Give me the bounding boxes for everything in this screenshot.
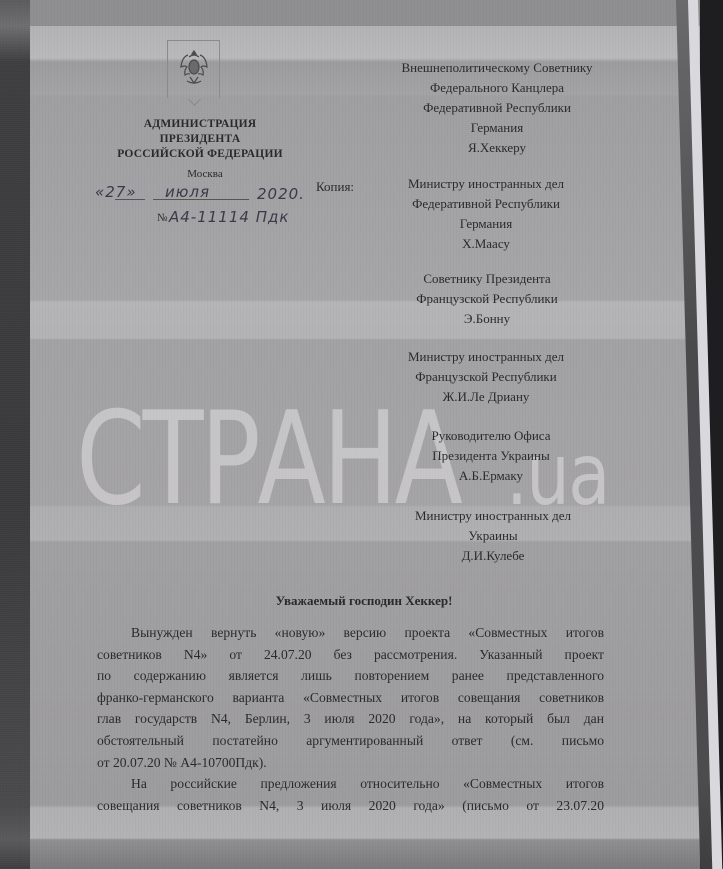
addressee-name: Д.И.Кулебе: [388, 546, 598, 566]
addressee-bonne: Советнику Президента Французской Республ…: [392, 269, 582, 329]
addressee-maas: Министру иностранных дел Федеративной Ре…: [386, 174, 586, 254]
letter-date: «27» июля 2020.: [93, 183, 313, 205]
salutation: Уважаемый господин Хеккер!: [0, 593, 700, 609]
addressee-line: Президента Украины: [401, 446, 581, 466]
addressee-line: Внешнеполитическому Советнику: [372, 58, 622, 78]
paragraph-line: глав государств N4, Берлин, 3 июля 2020 …: [97, 708, 604, 730]
addressee-name: Э.Бонну: [392, 309, 582, 329]
addressee-line: Германия: [386, 214, 586, 234]
paragraph-line: от 20.07.20 № А4-10700Пдк).: [97, 752, 604, 774]
addressee-line: Федеративной Республики: [372, 98, 622, 118]
addressee-line: Министру иностранных дел: [388, 506, 598, 526]
addressee-line: Французской Республики: [386, 367, 586, 387]
org-line: АДМИНИСТРАЦИЯ: [105, 117, 295, 132]
city: Москва: [175, 168, 235, 180]
addressee-line: Федеративной Республики: [386, 194, 586, 214]
paragraph-line: совещания советников N4, 3 июля 2020 год…: [97, 795, 604, 817]
letter-number: № А4-11114 Пдк: [157, 208, 327, 230]
document-photo: АДМИНИСТРАЦИЯ ПРЕЗИДЕНТА РОССИЙСКОЙ ФЕДЕ…: [0, 0, 700, 869]
addressee-line: Руководителю Офиса: [401, 426, 581, 446]
paragraph-line: советников N4» от 24.07.20 без рассмотре…: [97, 644, 604, 666]
addressee-kuleba: Министру иностранных дел Украины Д.И.Кул…: [388, 506, 598, 566]
letter-body: Вынужден вернуть «новую» версию проекта …: [97, 622, 604, 816]
addressee-name: Ж.И.Ле Дриану: [386, 387, 586, 407]
copy-label: Копия:: [316, 179, 354, 195]
addressee-name: Я.Хеккеру: [372, 138, 622, 158]
paragraph: На российские предложения относительно «…: [97, 773, 604, 816]
addressee-line: Французской Республики: [392, 289, 582, 309]
paragraph-line: по содержанию является лишь повторением …: [97, 665, 604, 687]
date-year: 2020.: [257, 185, 305, 203]
paragraph-line: обстоятельный постатейно аргументированн…: [97, 730, 604, 752]
addressee-line: Германия: [372, 118, 622, 138]
addressee-le-drian: Министру иностранных дел Французской Рес…: [386, 347, 586, 407]
paragraph-line: франко-германского варианта «Совместных …: [97, 687, 604, 709]
emblem-frame: [167, 40, 220, 98]
addressee-name: А.Б.Ермаку: [401, 466, 581, 486]
addressee-line: Советнику Президента: [392, 269, 582, 289]
org-line: ПРЕЗИДЕНТА: [105, 132, 295, 147]
addressee-yermak: Руководителю Офиса Президента Украины А.…: [401, 426, 581, 486]
left-shadow-strip: [0, 0, 30, 869]
paragraph-line: На российские предложения относительно «…: [97, 773, 604, 795]
number-value: А4-11114 Пдк: [169, 208, 289, 226]
addressee-heckers: Внешнеполитическому Советнику Федерально…: [372, 58, 622, 158]
number-label: №: [157, 212, 168, 224]
org-line: РОССИЙСКОЙ ФЕДЕРАЦИИ: [105, 147, 295, 162]
addressee-line: Украины: [388, 526, 598, 546]
addressee-line: Министру иностранных дел: [386, 174, 586, 194]
date-month: июля: [165, 183, 210, 201]
addressee-line: Федерального Канцлера: [372, 78, 622, 98]
date-day: «27»: [95, 183, 137, 201]
paragraph: Вынужден вернуть «новую» версию проекта …: [97, 622, 604, 773]
paragraph-line: Вынужден вернуть «новую» версию проекта …: [97, 622, 604, 644]
addressee-line: Министру иностранных дел: [386, 347, 586, 367]
russian-coat-of-arms-icon: [178, 47, 210, 87]
addressee-name: Х.Маасу: [386, 234, 586, 254]
sender-organization: АДМИНИСТРАЦИЯ ПРЕЗИДЕНТА РОССИЙСКОЙ ФЕДЕ…: [105, 117, 295, 162]
